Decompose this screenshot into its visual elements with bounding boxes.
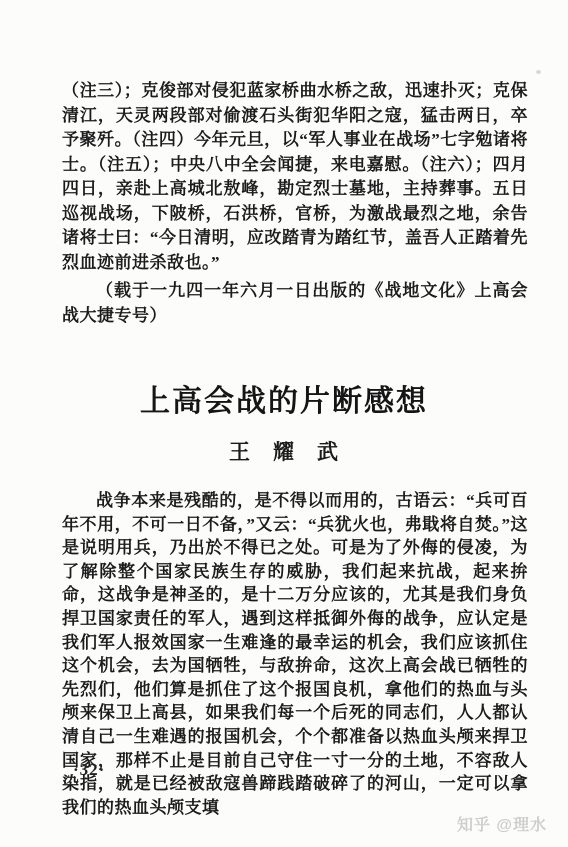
scan-speck xyxy=(536,70,541,74)
scanned-book-page: （注三）；克俊部对侵犯蓝家桥曲水桥之敌，迅速扑灭；克保清江，天灵两段部对偷渡石头… xyxy=(0,0,568,847)
author-name: 王 耀 武 xyxy=(0,436,568,466)
zhihu-watermark: 知乎 @理水 xyxy=(457,812,547,835)
article-title: 上高会战的片断感想 xyxy=(0,376,568,420)
body-paragraph: 战争本来是残酷的，是不得以而用的，古语云：“兵可百年不用，不可一日不备，”又云：… xyxy=(62,489,528,819)
page-number: ·32· xyxy=(73,760,105,780)
publication-note: （载于一九四一年六月一日出版的《战地文化》上高会战大捷专号） xyxy=(62,279,528,328)
notes-paragraph: （注三）；克俊部对侵犯蓝家桥曲水桥之敌，迅速扑灭；克保清江，天灵两段部对偷渡石头… xyxy=(62,79,528,275)
